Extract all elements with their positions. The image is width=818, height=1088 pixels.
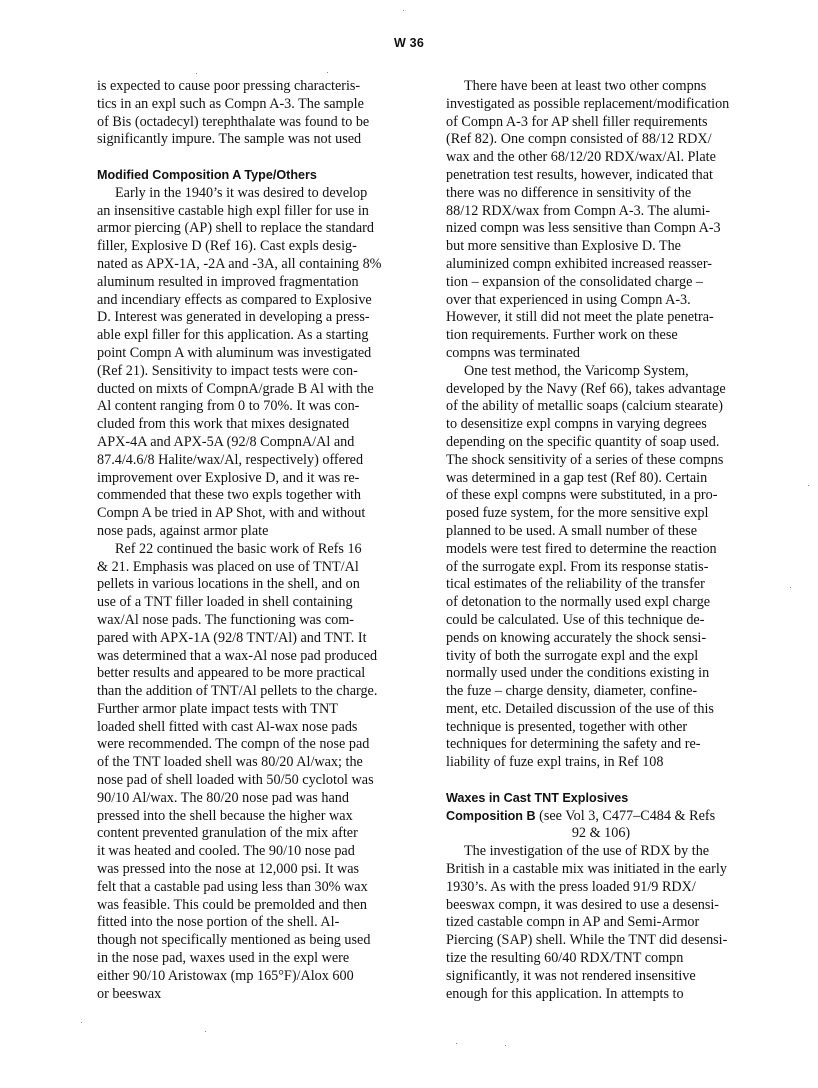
text-line: pends on knowing accurately the shock se… bbox=[446, 630, 756, 648]
page-number: W 36 bbox=[0, 36, 818, 50]
text-line: commended that these two expls together … bbox=[97, 487, 403, 505]
text-line: tion – expansion of the consolidated cha… bbox=[446, 274, 756, 292]
text-line: nated as APX-1A, -2A and -3A, all contai… bbox=[97, 256, 403, 274]
text-line: pressed into the shell because the highe… bbox=[97, 808, 403, 826]
text-line: use of a TNT filler loaded in shell cont… bbox=[97, 594, 403, 612]
text-line: The shock sensitivity of a series of the… bbox=[446, 452, 756, 470]
text-line: of the surrogate expl. From its response… bbox=[446, 559, 756, 577]
text-line: better results and appeared to be more p… bbox=[97, 665, 403, 683]
text-line: armor piercing (AP) shell to replace the… bbox=[97, 220, 403, 238]
subsection-heading-continued: 92 & 106) bbox=[446, 825, 756, 843]
text-line: tical estimates of the reliability of th… bbox=[446, 576, 756, 594]
text-line: tize the resulting 60/40 RDX/TNT compn bbox=[446, 950, 756, 968]
text-line: One test method, the Varicomp System, bbox=[446, 363, 756, 381]
text-line: wax and the other 68/12/20 RDX/wax/Al. P… bbox=[446, 149, 756, 167]
text-line: improvement over Explosive D, and it was… bbox=[97, 470, 403, 488]
text-line: compns was terminated bbox=[446, 345, 756, 363]
text-line: pellets in various locations in the shel… bbox=[97, 576, 403, 594]
text-line: British in a castable mix was initiated … bbox=[446, 861, 756, 879]
section-heading: Waxes in Cast TNT Explosives bbox=[446, 790, 756, 808]
text-line: the fuze – charge density, diameter, con… bbox=[446, 683, 756, 701]
scan-speck bbox=[790, 587, 791, 588]
text-line: normally used under the conditions exist… bbox=[446, 665, 756, 683]
scan-speck bbox=[403, 10, 404, 11]
text-line: of the ability of metallic soaps (calciu… bbox=[446, 398, 756, 416]
text-line: & 21. Emphasis was placed on use of TNT/… bbox=[97, 559, 403, 577]
text-line: felt that a castable pad using less than… bbox=[97, 879, 403, 897]
text-line: There have been at least two other compn… bbox=[446, 78, 756, 96]
text-line: aluminized compn exhibited increased rea… bbox=[446, 256, 756, 274]
text-line: Compn A be tried in AP Shot, with and wi… bbox=[97, 505, 403, 523]
text-line: over that experienced in using Compn A-3… bbox=[446, 292, 756, 310]
text-line: nose pads, against armor plate bbox=[97, 523, 403, 541]
text-line: of detonation to the normally used expl … bbox=[446, 594, 756, 612]
text-line: penetration test results, however, indic… bbox=[446, 167, 756, 185]
paragraph: Ref 22 continued the basic work of Refs … bbox=[97, 541, 403, 1004]
text-line: pared with APX-1A (92/8 TNT/Al) and TNT.… bbox=[97, 630, 403, 648]
text-line: content prevented granulation of the mix… bbox=[97, 825, 403, 843]
section-heading: Modified Composition A Type/Others bbox=[97, 167, 403, 185]
text-line: point Compn A with aluminum was investig… bbox=[97, 345, 403, 363]
paragraph: There have been at least two other compn… bbox=[446, 78, 756, 363]
scan-speck bbox=[327, 72, 328, 73]
text-line: in the nose pad, waxes used in the expl … bbox=[97, 950, 403, 968]
text-line: to desensitize expl compns in varying de… bbox=[446, 416, 756, 434]
text-line: and incendiary effects as compared to Ex… bbox=[97, 292, 403, 310]
scan-speck bbox=[81, 1022, 82, 1023]
scan-speck bbox=[196, 73, 197, 74]
text-line: was determined that a wax-Al nose pad pr… bbox=[97, 648, 403, 666]
text-line: investigated as possible replacement/mod… bbox=[446, 96, 756, 114]
text-line: either 90/10 Aristowax (mp 165°F)/Alox 6… bbox=[97, 968, 403, 986]
subsection-heading-title: Composition B bbox=[446, 809, 536, 823]
text-line: 87.4/4.6/8 Halite/wax/Al, respectively) … bbox=[97, 452, 403, 470]
text-line: an insensitive castable high expl filler… bbox=[97, 203, 403, 221]
text-line: though not specifically mentioned as bei… bbox=[97, 932, 403, 950]
text-line: beeswax compn, it was desired to use a d… bbox=[446, 897, 756, 915]
text-line: nized compn was less sensitive than Comp… bbox=[446, 220, 756, 238]
text-line: loaded shell fitted with cast Al-wax nos… bbox=[97, 719, 403, 737]
text-line: nose pad of shell loaded with 50/50 cycl… bbox=[97, 772, 403, 790]
text-line: Early in the 1940’s it was desired to de… bbox=[97, 185, 403, 203]
text-line: filler, Explosive D (Ref 16). Cast expls… bbox=[97, 238, 403, 256]
text-line: than the addition of TNT/Al pellets to t… bbox=[97, 683, 403, 701]
text-line: depending on the specific quantity of so… bbox=[446, 434, 756, 452]
text-line: but more sensitive than Explosive D. The bbox=[446, 238, 756, 256]
text-line: was feasible. This could be premolded an… bbox=[97, 897, 403, 915]
text-line: D. Interest was generated in developing … bbox=[97, 309, 403, 327]
text-line: ment, etc. Detailed discussion of the us… bbox=[446, 701, 756, 719]
text-line: 88/12 RDX/wax from Compn A-3. The alumi- bbox=[446, 203, 756, 221]
text-line: technique is presented, together with ot… bbox=[446, 719, 756, 737]
scan-speck bbox=[205, 1031, 206, 1032]
scan-speck bbox=[808, 485, 809, 486]
scan-speck bbox=[505, 1045, 506, 1046]
text-line: of the TNT loaded shell was 80/20 Al/wax… bbox=[97, 754, 403, 772]
text-line: of Bis (octadecyl) terephthalate was fou… bbox=[97, 114, 403, 132]
text-line: cluded from this work that mixes designa… bbox=[97, 416, 403, 434]
spacer bbox=[97, 149, 403, 167]
text-line: significantly, it was not rendered insen… bbox=[446, 968, 756, 986]
text-line: (Ref 21). Sensitivity to impact tests we… bbox=[97, 363, 403, 381]
text-line: liability of fuze expl trains, in Ref 10… bbox=[446, 754, 756, 772]
right-column: There have been at least two other compn… bbox=[446, 78, 756, 1003]
text-line: developed by the Navy (Ref 66), takes ad… bbox=[446, 381, 756, 399]
text-line: is expected to cause poor pressing chara… bbox=[97, 78, 403, 96]
text-line: tion requirements. Further work on these bbox=[446, 327, 756, 345]
text-line: of Compn A-3 for AP shell filler require… bbox=[446, 114, 756, 132]
subsection-heading-ref: (see Vol 3, C477–C484 & Refs bbox=[536, 808, 716, 824]
text-line: tivity of both the surrogate expl and th… bbox=[446, 648, 756, 666]
text-line: was determined in a gap test (Ref 80). C… bbox=[446, 470, 756, 488]
text-line: ducted on mixts of CompnA/grade B Al wit… bbox=[97, 381, 403, 399]
text-line: fitted into the nose portion of the shel… bbox=[97, 914, 403, 932]
text-line: aluminum resulted in improved fragmentat… bbox=[97, 274, 403, 292]
paragraph: Early in the 1940’s it was desired to de… bbox=[97, 185, 403, 541]
left-column: is expected to cause poor pressing chara… bbox=[97, 78, 403, 1003]
subsection-heading: Composition B (see Vol 3, C477–C484 & Re… bbox=[446, 808, 756, 826]
text-line: there was no difference in sensitivity o… bbox=[446, 185, 756, 203]
text-line: planned to be used. A small number of th… bbox=[446, 523, 756, 541]
text-line: able expl filler for this application. A… bbox=[97, 327, 403, 345]
text-line: 90/10 Al/wax. The 80/20 nose pad was han… bbox=[97, 790, 403, 808]
text-line: posed fuze system, for the more sensitiv… bbox=[446, 505, 756, 523]
text-line: enough for this application. In attempts… bbox=[446, 986, 756, 1004]
text-line: Piercing (SAP) shell. While the TNT did … bbox=[446, 932, 756, 950]
text-line: could be calculated. Use of this techniq… bbox=[446, 612, 756, 630]
text-line: Ref 22 continued the basic work of Refs … bbox=[97, 541, 403, 559]
text-line: tized castable compn in AP and Semi-Armo… bbox=[446, 914, 756, 932]
text-line: it was heated and cooled. The 90/10 nose… bbox=[97, 843, 403, 861]
text-line: The investigation of the use of RDX by t… bbox=[446, 843, 756, 861]
paragraph: is expected to cause poor pressing chara… bbox=[97, 78, 403, 149]
spacer bbox=[446, 772, 756, 790]
text-line: techniques for determining the safety an… bbox=[446, 736, 756, 754]
text-line: However, it still did not meet the plate… bbox=[446, 309, 756, 327]
text-line: (Ref 82). One compn consisted of 88/12 R… bbox=[446, 131, 756, 149]
text-line: wax/Al nose pads. The functioning was co… bbox=[97, 612, 403, 630]
text-line: Further armor plate impact tests with TN… bbox=[97, 701, 403, 719]
text-line: tics in an expl such as Compn A-3. The s… bbox=[97, 96, 403, 114]
text-line: or beeswax bbox=[97, 986, 403, 1004]
scan-speck bbox=[456, 1043, 457, 1044]
text-line: of these expl compns were substituted, i… bbox=[446, 487, 756, 505]
text-line: was pressed into the nose at 12,000 psi.… bbox=[97, 861, 403, 879]
paragraph: The investigation of the use of RDX by t… bbox=[446, 843, 756, 1003]
paragraph: One test method, the Varicomp System,dev… bbox=[446, 363, 756, 772]
text-line: models were test fired to determine the … bbox=[446, 541, 756, 559]
text-line: 1930’s. As with the press loaded 91/9 RD… bbox=[446, 879, 756, 897]
text-line: Al content ranging from 0 to 70%. It was… bbox=[97, 398, 403, 416]
text-line: APX-4A and APX-5A (92/8 CompnA/Al and bbox=[97, 434, 403, 452]
text-line: significantly impure. The sample was not… bbox=[97, 131, 403, 149]
text-line: were recommended. The compn of the nose … bbox=[97, 736, 403, 754]
